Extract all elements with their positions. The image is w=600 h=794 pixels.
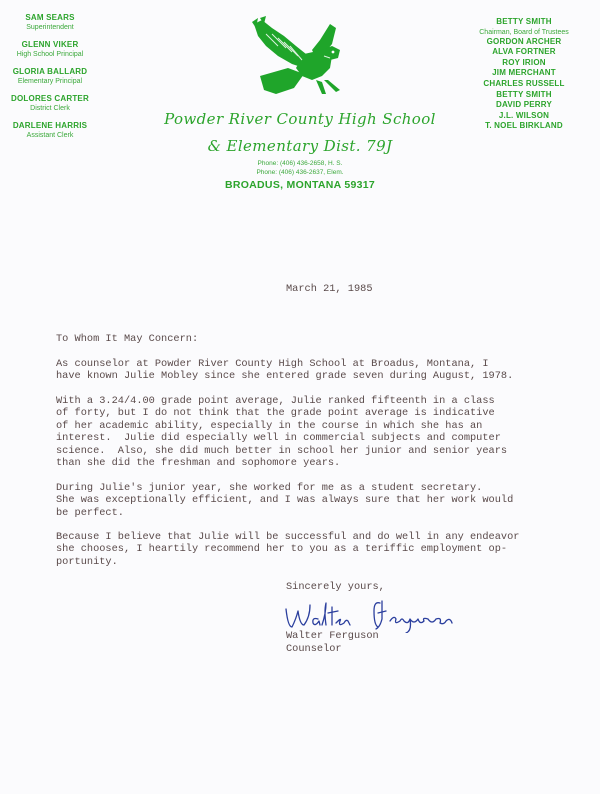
administrator-name: GLORIA BALLARD: [0, 67, 100, 77]
letter-paragraph: Because I believe that Julie will be suc…: [56, 531, 519, 568]
administrators-list: SAM SEARS Superintendent GLENN VIKER Hig…: [0, 13, 100, 148]
hawk-logo-icon: [232, 10, 362, 100]
administrator-entry: DARLENE HARRIS Assistant Clerk: [0, 121, 100, 140]
letter-salutation: To Whom It May Concern:: [56, 333, 198, 345]
school-name: Powder River County High School: [150, 110, 450, 128]
trustee-name: CHARLES RUSSELL: [468, 79, 580, 90]
letter-paragraph: With a 3.24/4.00 grade point average, Ju…: [56, 395, 507, 469]
trustee-name: DAVID PERRY: [468, 100, 580, 111]
handwritten-signature: [282, 597, 492, 633]
administrator-role: District Clerk: [0, 104, 100, 113]
signer-title: Counselor: [286, 643, 342, 655]
administrator-entry: DOLORES CARTER District Clerk: [0, 94, 100, 113]
administrator-name: SAM SEARS: [0, 13, 100, 23]
trustee-name: T. NOEL BIRKLAND: [468, 121, 580, 132]
letter-paragraph: During Julie's junior year, she worked f…: [56, 482, 513, 519]
administrator-entry: SAM SEARS Superintendent: [0, 13, 100, 32]
phone-elementary: Phone: (406) 436-2637, Elem.: [180, 169, 420, 178]
trustee-name: BETTY SMITH: [468, 90, 580, 101]
letter-date: March 21, 1985: [286, 283, 373, 295]
trustee-chairman-name: BETTY SMITH: [468, 17, 580, 28]
trustees-list: BETTY SMITH Chairman, Board of Trustees …: [468, 17, 580, 132]
administrator-role: Elementary Principal: [0, 77, 100, 86]
city-address: BROADUS, MONTANA 59317: [180, 179, 420, 191]
administrator-role: High School Principal: [0, 50, 100, 59]
letter-closing: Sincerely yours,: [286, 581, 385, 593]
trustee-name: ALVA FORTNER: [468, 47, 580, 58]
trustee-chairman-role: Chairman, Board of Trustees: [468, 28, 580, 37]
trustee-name: J.L. WILSON: [468, 111, 580, 122]
trustee-name: GORDON ARCHER: [468, 37, 580, 48]
district-name: & Elementary Dist. 79J: [150, 137, 450, 155]
phone-numbers: Phone: (406) 436-2658, H. S. Phone: (406…: [180, 160, 420, 177]
administrator-name: GLENN VIKER: [0, 40, 100, 50]
administrator-entry: GLORIA BALLARD Elementary Principal: [0, 67, 100, 86]
letter-paragraph: As counselor at Powder River County High…: [56, 358, 513, 383]
administrator-role: Superintendent: [0, 23, 100, 32]
trustee-name: ROY IRION: [468, 58, 580, 69]
administrator-role: Assistant Clerk: [0, 131, 100, 140]
administrator-name: DARLENE HARRIS: [0, 121, 100, 131]
administrator-name: DOLORES CARTER: [0, 94, 100, 104]
signer-name: Walter Ferguson: [286, 630, 379, 642]
administrator-entry: GLENN VIKER High School Principal: [0, 40, 100, 59]
trustee-name: JIM MERCHANT: [468, 68, 580, 79]
phone-high-school: Phone: (406) 436-2658, H. S.: [180, 160, 420, 169]
